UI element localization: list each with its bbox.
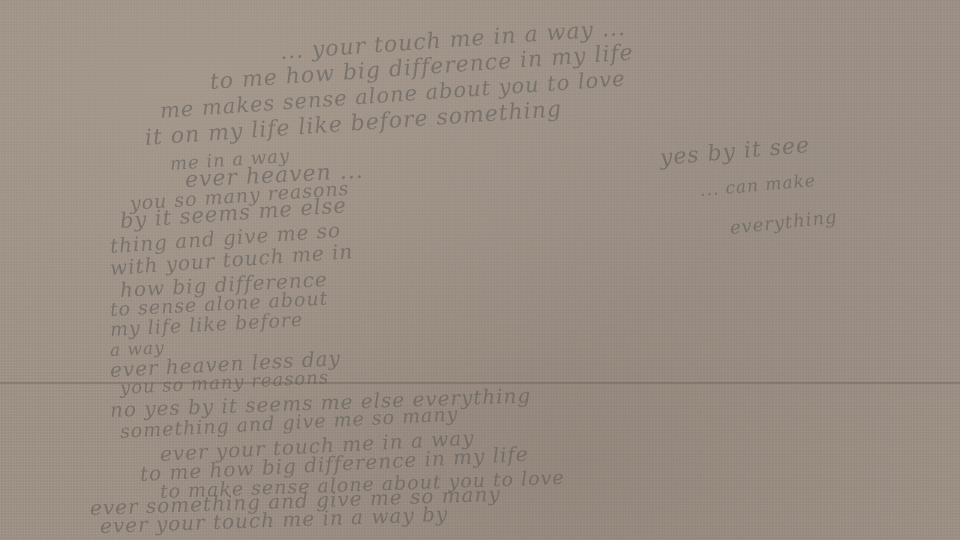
- textured-paper-background: ... your touch me in a way ...to me how …: [0, 0, 960, 540]
- handwriting-line: ... can make: [699, 171, 817, 201]
- handwriting-line: everything: [729, 207, 839, 239]
- handwriting-line: yes by it see: [659, 133, 811, 171]
